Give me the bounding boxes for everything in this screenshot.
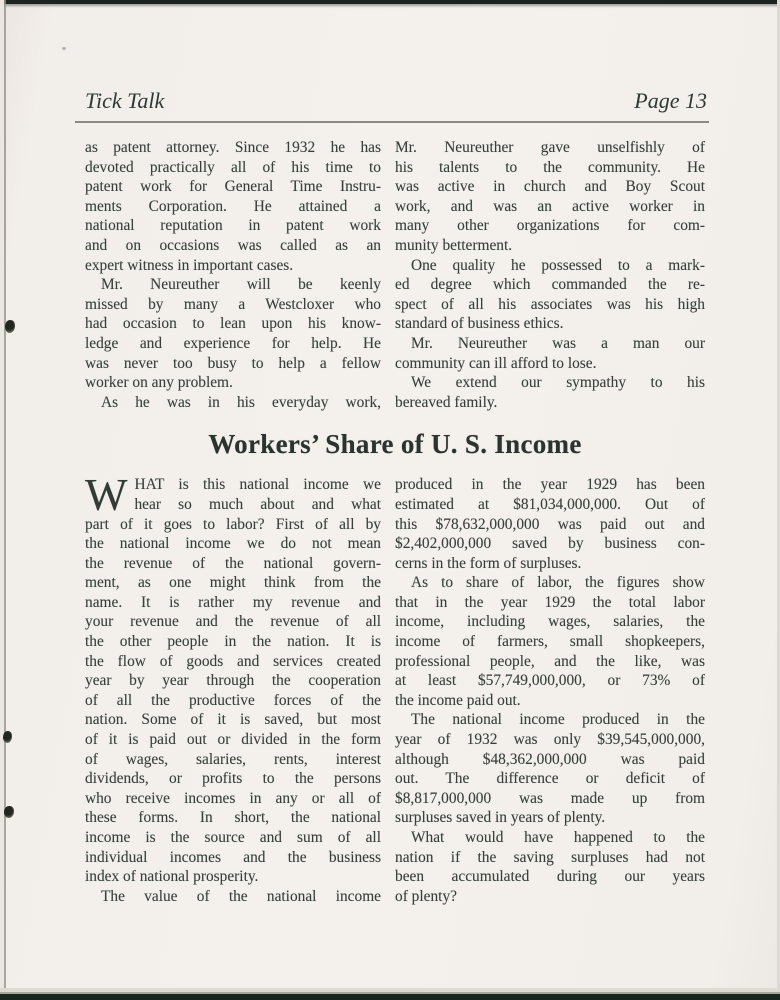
article-heading: Workers’ Share of U. S. Income: [85, 429, 705, 460]
text-line: index of national prosperity.: [85, 867, 381, 887]
article-column-left: WHAT is this national income wehear so m…: [85, 475, 381, 906]
text-line: nation if the saving surpluses had not: [395, 848, 705, 868]
paragraph: As to share of labor, the figures showth…: [395, 573, 705, 710]
obituary-section: as patent attorney. Since 1932 he hasdev…: [85, 138, 705, 412]
text-line: of it is paid out or divided in the form: [85, 730, 381, 750]
paragraph: produced in the year 1929 has beenestima…: [395, 475, 705, 573]
text-line: Mr. Neureuther was a man our: [395, 334, 705, 354]
scan-edge-top: [0, 0, 780, 4]
text-line: the national income we do not mean: [85, 534, 381, 554]
paragraph: As he was in his everyday work,: [85, 393, 381, 413]
text-line: cerns in the form of surpluses.: [395, 554, 705, 574]
obituary-column-right: Mr. Neureuther gave unselfishly ofhis ta…: [395, 138, 705, 412]
text-line: at least $57,749,000,000, or 73% of: [395, 671, 705, 691]
paragraph: The national income produced in theyear …: [395, 710, 705, 828]
text-line: income of farmers, small shopkeepers,: [395, 632, 705, 652]
binding-mark: [5, 320, 15, 333]
paragraph: WHAT is this national income wehear so m…: [85, 475, 381, 886]
text-line: income is the source and sum of all: [85, 828, 381, 848]
text-line: ments Corporation. He attained a: [85, 197, 381, 217]
text-line: out. The difference or deficit of: [395, 769, 705, 789]
paragraph: Mr. Neureuther was a man ourcommunity ca…: [395, 334, 705, 373]
text-line: We extend our sympathy to his: [395, 373, 705, 393]
text-line: had occasion to lean upon his know-: [85, 314, 381, 334]
text-line: national reputation in patent work: [85, 216, 381, 236]
text-line: although $48,362,000,000 was paid: [395, 750, 705, 770]
text-line: Mr. Neureuther gave unselfishly of: [395, 138, 705, 158]
article-column-right: produced in the year 1929 has beenestima…: [395, 475, 705, 906]
text-line: $8,817,000,000 was made up from: [395, 789, 705, 809]
text-line: nation. Some of it is saved, but most: [85, 710, 381, 730]
text-line: of plenty?: [395, 887, 705, 907]
text-line: income, including wages, salaries, the: [395, 612, 705, 632]
text-line: ment, as one might think from the: [85, 573, 381, 593]
text-line: devoted practically all of his time to: [85, 158, 381, 178]
text-line: was never too busy to help a fellow: [85, 354, 381, 374]
paragraph: Mr. Neureuther gave unselfishly ofhis ta…: [395, 138, 705, 256]
text-line: As he was in his everyday work,: [85, 393, 381, 413]
text-line: munity betterment.: [395, 236, 705, 256]
text-line: your revenue and the revenue of all: [85, 612, 381, 632]
text-line: and on occasions was called as an: [85, 236, 381, 256]
page-fold-line: [4, 0, 6, 1000]
text-line: these forms. In short, the national: [85, 808, 381, 828]
text-line: professional people, and the like, was: [395, 652, 705, 672]
text-line: this $78,632,000,000 was paid out and: [395, 515, 705, 535]
text-line: surpluses saved in years of plenty.: [395, 808, 705, 828]
text-line: was active in church and Boy Scout: [395, 177, 705, 197]
text-line: that in the year 1929 the total labor: [395, 593, 705, 613]
text-line: the other people in the nation. It is: [85, 632, 381, 652]
article-section: WHAT is this national income wehear so m…: [85, 475, 705, 906]
text-line: expert witness in important cases.: [85, 256, 381, 276]
text-line: the flow of goods and services created: [85, 652, 381, 672]
text-line: individual incomes and the business: [85, 848, 381, 868]
text-line: produced in the year 1929 has been: [395, 475, 705, 495]
text-line: who receive incomes in any or all of: [85, 789, 381, 809]
paragraph: The value of the national income: [85, 887, 381, 907]
text-line: ed degree which commanded the re-: [395, 275, 705, 295]
page-number: Page 13: [634, 88, 707, 114]
text-line: part of it goes to labor? First of all b…: [85, 515, 381, 535]
text-line: As to share of labor, the figures show: [395, 573, 705, 593]
text-line: patent work for General Time Instru-: [85, 177, 381, 197]
page-header: Tick Talk Page 13: [75, 88, 709, 123]
text-line: $2,402,000,000 saved by business con-: [395, 534, 705, 554]
text-line: of wages, salaries, rents, interest: [85, 750, 381, 770]
text-line: year of 1932 was only $39,545,000,000,: [395, 730, 705, 750]
binding-mark: [3, 731, 12, 743]
text-line: work, and was an active worker in: [395, 197, 705, 217]
scan-edge-bottom: [0, 994, 780, 1000]
text-line: estimated at $81,034,000,000. Out of: [395, 495, 705, 515]
paragraph: We extend our sympathy to hisbereaved fa…: [395, 373, 705, 412]
text-line: standard of business ethics.: [395, 314, 705, 334]
text-line: his talents to the community. He: [395, 158, 705, 178]
text-line: worker on any problem.: [85, 373, 381, 393]
paragraph: as patent attorney. Since 1932 he hasdev…: [85, 138, 381, 275]
page-content: Tick Talk Page 13 as patent attorney. Si…: [85, 88, 705, 906]
paragraph: One quality he possessed to a mark-ed de…: [395, 256, 705, 334]
text-line: the income paid out.: [395, 691, 705, 711]
text-line: spect of all his associates was his high: [395, 295, 705, 315]
publication-title: Tick Talk: [75, 88, 164, 114]
text-line: year by year through the cooperation: [85, 671, 381, 691]
scanned-page: Tick Talk Page 13 as patent attorney. Si…: [0, 0, 780, 1000]
speck: [62, 47, 66, 50]
text-line: bereaved family.: [395, 393, 705, 413]
text-line: What would have happened to the: [395, 828, 705, 848]
text-line: the revenue of the national govern-: [85, 554, 381, 574]
text-line: name. It is rather my revenue and: [85, 593, 381, 613]
binding-mark: [4, 806, 14, 818]
text-line: ledge and experience for help. He: [85, 334, 381, 354]
drop-cap-letter: W: [85, 475, 134, 513]
paragraph: Mr. Neureuther will be keenlymissed by m…: [85, 275, 381, 393]
text-line: The value of the national income: [85, 887, 381, 907]
text-line: many other organizations for com-: [395, 216, 705, 236]
text-line: of all the productive forces of the: [85, 691, 381, 711]
obituary-column-left: as patent attorney. Since 1932 he hasdev…: [85, 138, 381, 412]
text-line: as patent attorney. Since 1932 he has: [85, 138, 381, 158]
text-line: community can ill afford to lose.: [395, 354, 705, 374]
text-line: dividends, or profits to the persons: [85, 769, 381, 789]
text-line: missed by many a Westcloxer who: [85, 295, 381, 315]
text-line: been accumulated during our years: [395, 867, 705, 887]
text-line: Mr. Neureuther will be keenly: [85, 275, 381, 295]
text-line: One quality he possessed to a mark-: [395, 256, 705, 276]
paragraph: What would have happened to thenation if…: [395, 828, 705, 906]
text-line: The national income produced in the: [395, 710, 705, 730]
